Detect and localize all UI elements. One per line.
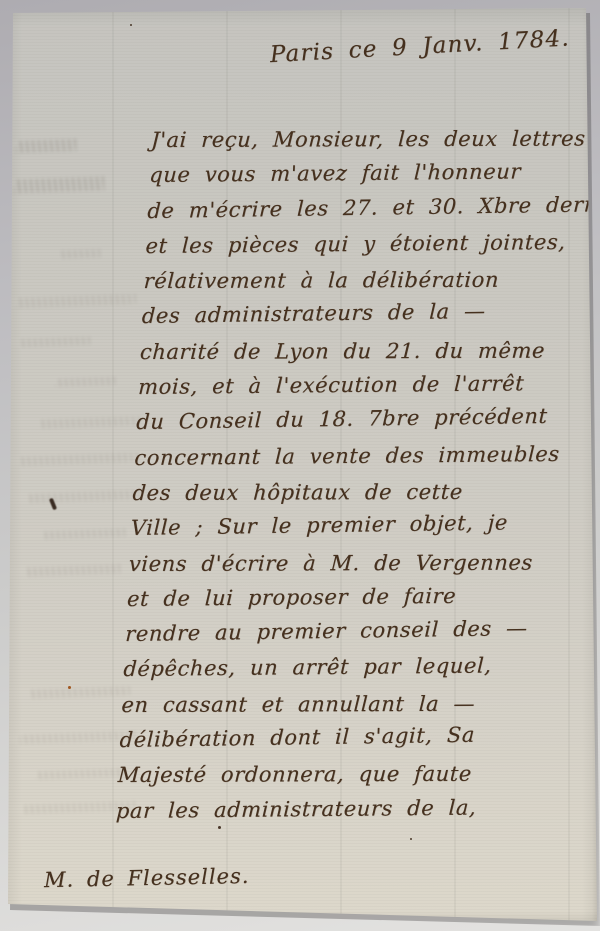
show-through-mark [18,453,138,466]
letter-line: rendre au premier conseil des — [125,611,563,653]
show-through-mark [20,731,135,744]
letter-line: délibération dont il s'agit, Sa [119,717,557,759]
show-through-mark [40,416,140,428]
letter-line: des administrateurs de la — [141,293,579,335]
letter-line: charité de Lyon du 21. du même [139,333,577,370]
show-through-mark [16,294,136,308]
letter-line: concernant la vente des immeubles [134,436,572,475]
show-through-mark [14,176,104,193]
rust-speck [68,686,71,689]
letter-line: J'ai reçu, Monsieur, les deux lettres [150,121,588,158]
letter-line: et les pièces qui y étoient jointes, [145,225,583,264]
letter-addressee: M. de Flesselles. [44,864,250,892]
letter-line: de m'écrire les 27. et 30. Xbre dernier [147,187,585,229]
letter-line: Majesté ordonnera, que faute [117,757,555,794]
show-through-mark [25,564,120,576]
show-through-mark [35,768,125,779]
letter-line: viens d'écrire à M. de Vergennes [128,545,566,582]
show-through-mark [20,337,90,347]
letter-line: du Conseil du 18. 7bre précédent [136,399,574,441]
letter-line: dépêches, un arrêt par lequel, [123,648,561,687]
letter-line: Ville ; Sur le premier objet, je [130,505,568,547]
show-through-mark [60,249,100,258]
letter-paper: Paris ce 9 Janv. 1784. J'ai reçu, Monsie… [0,0,600,931]
show-through-mark [30,490,140,503]
show-through-mark [45,529,125,540]
show-through-mark [55,377,115,387]
letter-body: J'ai reçu, Monsieur, les deux lettres qu… [115,123,588,829]
show-through-mark [16,139,76,153]
ink-speck [410,838,412,840]
letter-dateline: Paris ce 9 Janv. 1784. [190,25,571,72]
show-through-mark [30,686,130,698]
ink-speck [130,24,132,26]
letter-line: par les administrateurs de la, [115,789,553,828]
